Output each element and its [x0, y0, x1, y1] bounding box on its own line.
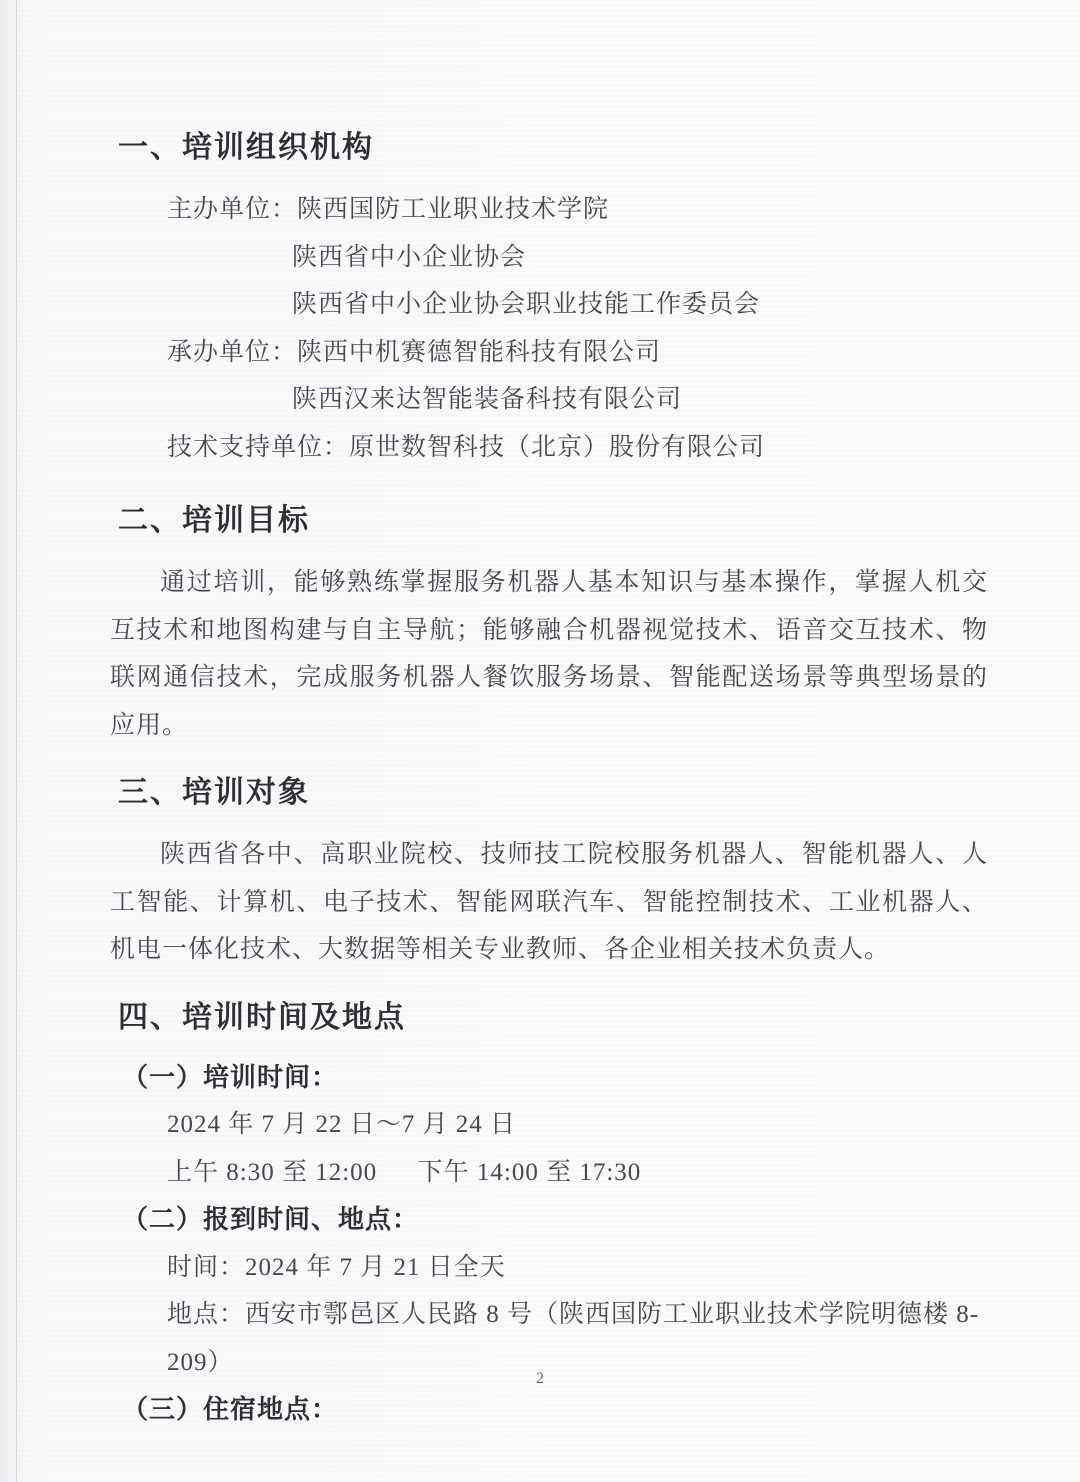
objectives-paragraph: 通过培训，能够熟练掌握服务机器人基本知识与基本操作，掌握人机交互技术和地图构建与…	[110, 559, 988, 749]
document-content: 一、培训组织机构 主办单位：陕西国防工业职业技术学院 陕西省中小企业协会 陕西省…	[0, 0, 1080, 1434]
section-heading-organizers: 一、培训组织机构	[118, 128, 988, 168]
org-value-undertaker-1: 陕西中机赛德智能科技有限公司	[297, 339, 661, 366]
org-value-host-2: 陕西省中小企业协会	[292, 234, 988, 282]
training-hours-line: 上午 8:30 至 12:00 下午 14:00 至 17:30	[167, 1149, 988, 1197]
subheading-training-time: （一）培训时间：	[122, 1054, 988, 1102]
org-value-tech-support-1: 原世数智科技（北京）股份有限公司	[349, 434, 765, 461]
org-row-host: 主办单位：陕西国防工业职业技术学院	[167, 186, 988, 234]
section-heading-objectives: 二、培训目标	[118, 501, 988, 541]
org-value-host-3: 陕西省中小企业协会职业技能工作委员会	[292, 281, 988, 329]
page-footer: 2	[0, 1370, 1080, 1388]
page-number: 2	[536, 1370, 544, 1387]
org-label-undertaker: 承办单位：	[167, 339, 297, 366]
section-heading-schedule: 四、培训时间及地点	[118, 998, 988, 1038]
org-value-undertaker-2: 陕西汉来达智能装备科技有限公司	[292, 376, 988, 424]
subheading-registration: （二）报到时间、地点：	[122, 1196, 988, 1244]
org-row-tech-support: 技术支持单位：原世数智科技（北京）股份有限公司	[167, 424, 988, 472]
org-row-undertaker: 承办单位：陕西中机赛德智能科技有限公司	[167, 329, 988, 377]
audience-paragraph: 陕西省各中、高职业院校、技师技工院校服务机器人、智能机器人、人工智能、计算机、电…	[110, 831, 988, 974]
registration-time-line: 时间：2024 年 7 月 21 日全天	[167, 1244, 988, 1292]
org-label-host: 主办单位：	[167, 196, 297, 223]
subheading-accommodation: （三）住宿地点：	[122, 1386, 988, 1434]
org-label-tech-support: 技术支持单位：	[167, 434, 349, 461]
training-date-line: 2024 年 7 月 22 日～7 月 24 日	[167, 1101, 988, 1149]
document-page: 一、培训组织机构 主办单位：陕西国防工业职业技术学院 陕西省中小企业协会 陕西省…	[0, 0, 1080, 1482]
section-heading-audience: 三、培训对象	[118, 773, 988, 813]
org-value-host-1: 陕西国防工业职业技术学院	[297, 196, 609, 223]
